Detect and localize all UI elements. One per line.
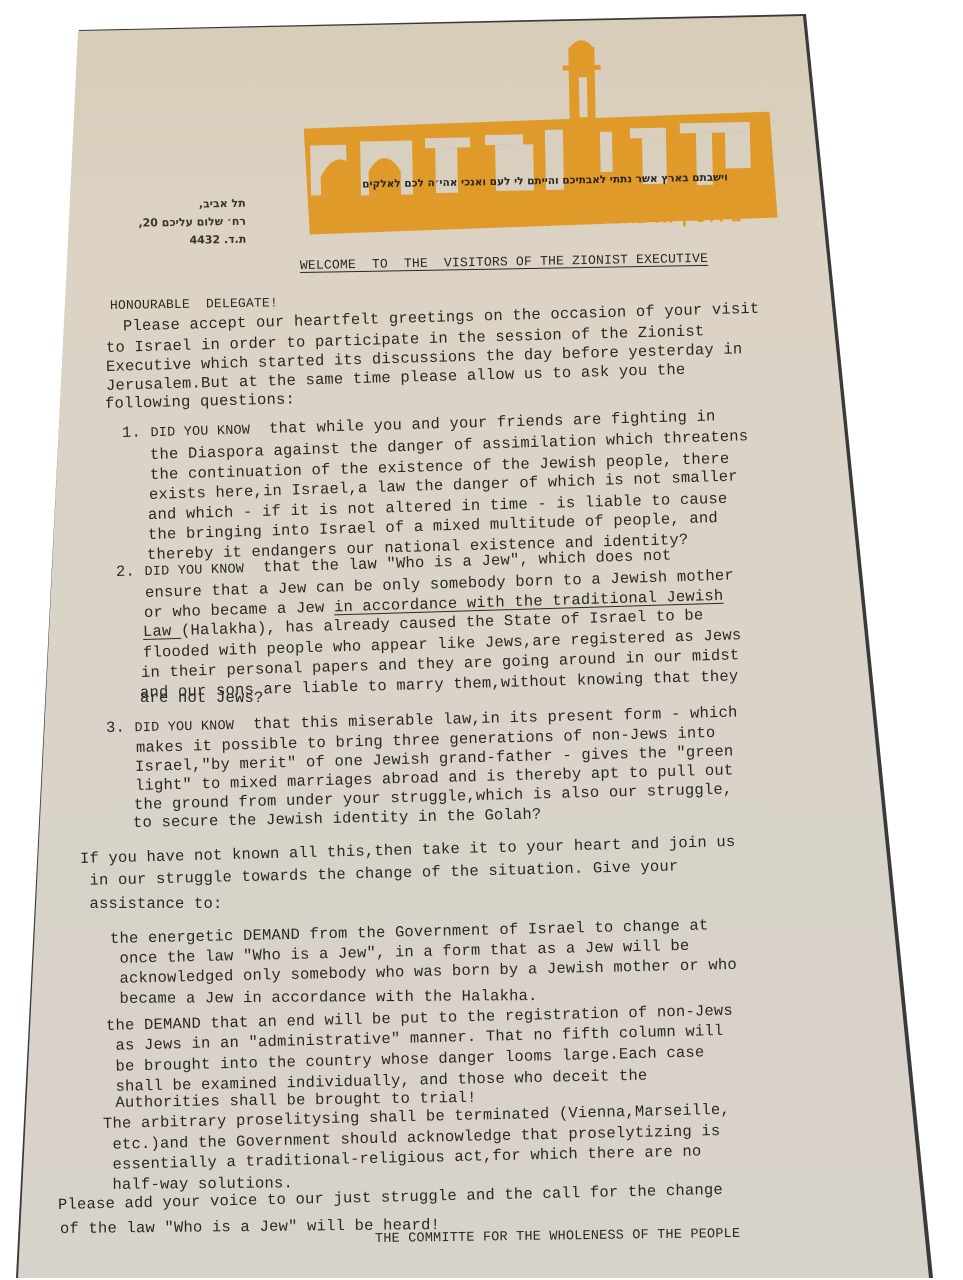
question-number: 3.	[106, 719, 125, 737]
salutation: HONOURABLE DELEGATE!	[110, 295, 278, 313]
question-number: 2.	[116, 562, 136, 581]
address-block: תל אביב, רח׳ שלום עליכם 20, ת.ד. 4432	[100, 195, 247, 252]
question-number: 1.	[122, 423, 142, 442]
question-lead: DID YOU KNOW	[134, 719, 234, 736]
question-lead: DID YOU KNOW	[150, 423, 250, 441]
question-lead: DID YOU KNOW	[144, 562, 244, 580]
address-pobox: ת.ד. 4432	[100, 231, 246, 252]
